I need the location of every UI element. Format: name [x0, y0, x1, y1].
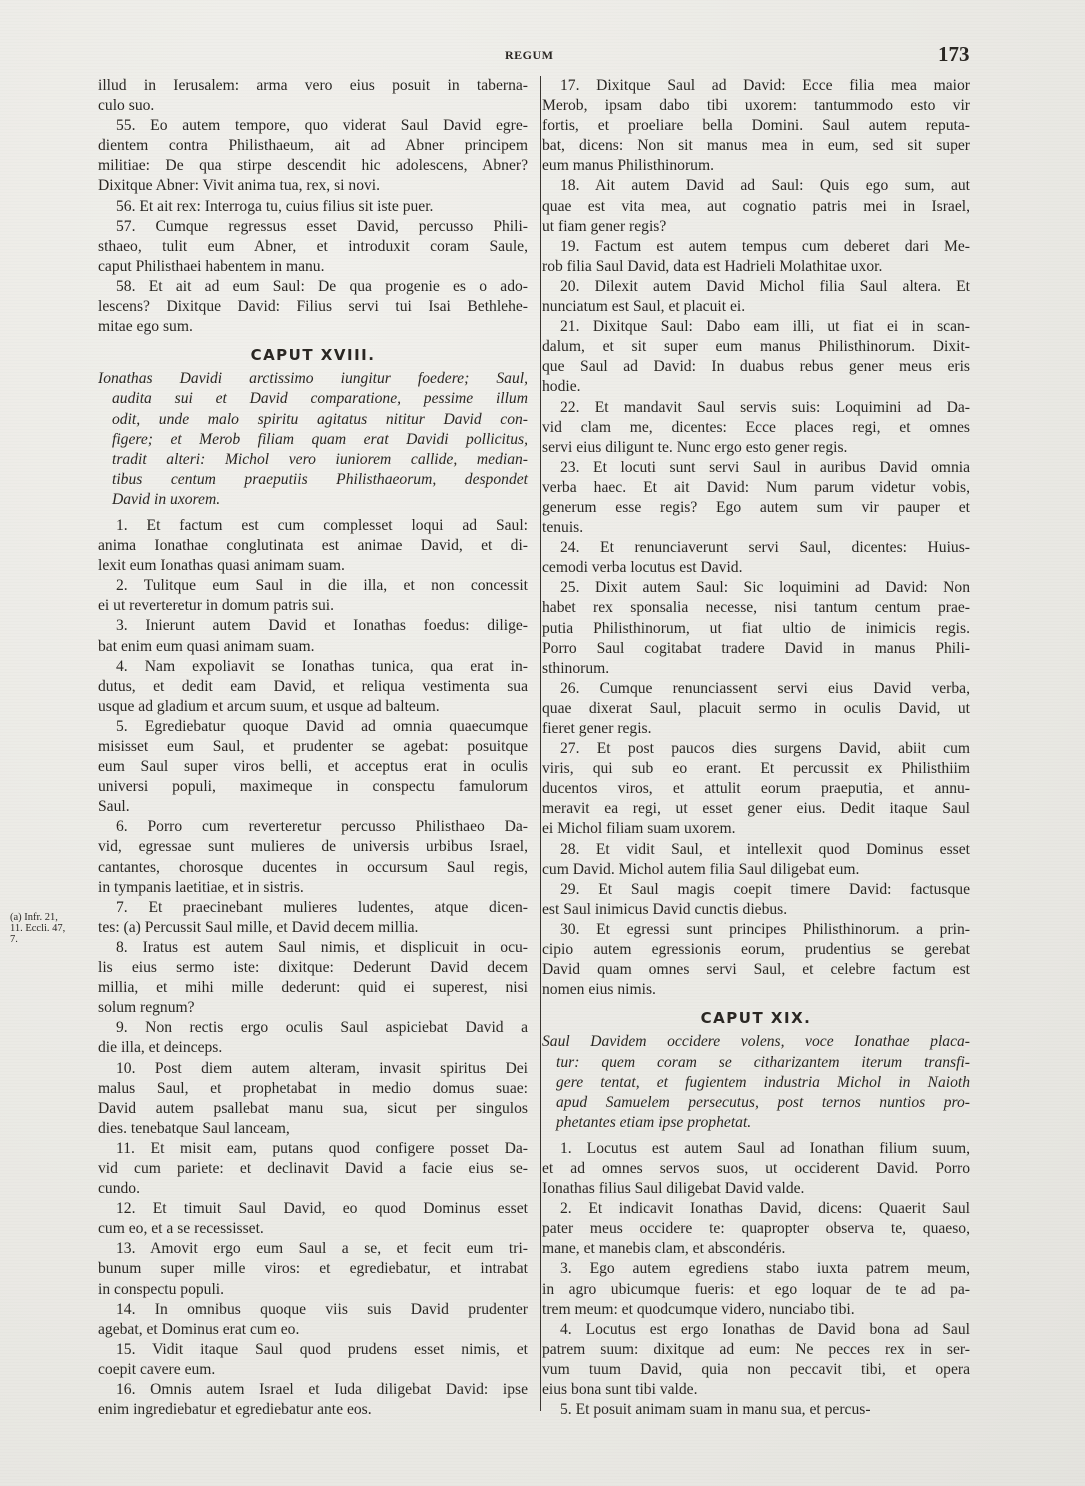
text-line: 58. Et ait ad eum Saul: De qua progenie …	[98, 277, 528, 297]
text-line: ducentos viros, et attulit eorum praeput…	[542, 779, 970, 799]
margin-reference-note: (a) Infr. 21, 11. Eccli. 47, 7.	[10, 912, 100, 945]
verse-block: 1. Et factum est cum complesset loqui ad…	[98, 516, 528, 1420]
text-line: caput Philisthaei habentem in manu.	[98, 257, 528, 277]
text-line: 2. Et indicavit Ionathas David, dicens: …	[542, 1199, 970, 1219]
text-line: quae est vita mea, aut cognatio patris m…	[542, 197, 970, 217]
summary-line: tur: quem coram se citharizantem iterum …	[542, 1053, 970, 1073]
summary-line: tradit alteri: Michol vero iuniorem call…	[98, 450, 528, 470]
text-line: 25. Dixit autem Saul: Sic loquimini ad D…	[542, 578, 970, 598]
text-line: que Saul ad David: In duabus rebus gener…	[542, 357, 970, 377]
text-line: 7. Et praecinebant mulieres ludentes, at…	[98, 898, 528, 918]
right-column: 17. Dixitque Saul ad David: Ecce filia m…	[542, 76, 970, 1420]
text-line: 2. Tulitque eum Saul in die illa, et non…	[98, 576, 528, 596]
text-line: 56. Et ait rex: Interroga tu, cuius fili…	[98, 197, 528, 217]
text-line: 9. Non rectis ergo oculis Saul aspicieba…	[98, 1018, 528, 1038]
text-line: ei Michol filiam suam uxorem.	[542, 819, 970, 839]
text-line: 24. Et renunciaverunt servi Saul, dicent…	[542, 538, 970, 558]
text-line: usque ad gladium et arcum suum, et usque…	[98, 697, 528, 717]
text-line: eius bona sunt tibi valde.	[542, 1380, 970, 1400]
summary-line: apud Samuelem persecutus, post ternos nu…	[542, 1093, 970, 1113]
text-line: servi eius diligunt te. Nunc ergo esto g…	[542, 438, 970, 458]
text-line: et ad omnes servos suos, ut occiderent D…	[542, 1159, 970, 1179]
text-line: mitae ego sum.	[98, 317, 528, 337]
text-line: 23. Et locuti sunt servi Saul in auribus…	[542, 458, 970, 478]
text-line: misisset eum Saul, et prudenter se ageba…	[98, 737, 528, 757]
text-line: enim ingrediebatur et egrediebatur ante …	[98, 1400, 528, 1420]
text-line: 4. Nam expoliavit se Ionathas tunica, qu…	[98, 657, 528, 677]
text-line: est Saul inimicus David cunctis diebus.	[542, 900, 970, 920]
text-line: 1. Locutus est autem Saul ad Ionathan fi…	[542, 1139, 970, 1159]
margin-note-line: 11. Eccli. 47,	[10, 923, 100, 934]
text-line: lis eius sermo iste: dixitque: Dederunt …	[98, 958, 528, 978]
text-line: 1. Et factum est cum complesset loqui ad…	[98, 516, 528, 536]
text-line: pater meus occidere te: quapropter obser…	[542, 1219, 970, 1239]
text-line: vum tuum David, quia non peccavit tibi, …	[542, 1360, 970, 1380]
text-line: tes: (a) Percussit Saul mille, et David …	[98, 918, 528, 938]
text-block-before-caput-xviii: illud in Ierusalem: arma vero eius posui…	[98, 76, 528, 337]
text-line: David autem psallebat manu sua, sicut pe…	[98, 1099, 528, 1119]
summary-line: Saul Davidem occidere volens, voce Ionat…	[542, 1032, 970, 1052]
text-line: millia, et mihi mille dederunt: quid ei …	[98, 978, 528, 998]
text-line: putia Philisthinorum, ut fiat ultio de i…	[542, 619, 970, 639]
text-line: eum manus Philisthinorum.	[542, 156, 970, 176]
text-line: trem meum: et quodcumque videro, nunciab…	[542, 1300, 970, 1320]
text-line: 13. Amovit ergo eum Saul a se, et fecit …	[98, 1239, 528, 1259]
text-line: ut fiam gener regis?	[542, 217, 970, 237]
text-line: 16. Omnis autem Israel et Iuda diligebat…	[98, 1380, 528, 1400]
text-line: 4. Locutus est ergo Ionathas de David bo…	[542, 1320, 970, 1340]
text-line: Dixitque Abner: Vivit anima tua, rex, si…	[98, 176, 528, 196]
text-line: fieret gener regis.	[542, 719, 970, 739]
text-line: sthaeo, tulit eum Abner, et introduxit c…	[98, 237, 528, 257]
text-line: cundo.	[98, 1179, 528, 1199]
caput-heading: CAPUT XVIII.	[98, 345, 528, 365]
text-line: vid cum pariete: et declinavit David a f…	[98, 1159, 528, 1179]
text-line: 14. In omnibus quoque viis suis David pr…	[98, 1300, 528, 1320]
text-line: sthinorum.	[542, 659, 970, 679]
text-line: fortis, et proeliare bella Domini. Saul …	[542, 116, 970, 136]
text-line: quae dixerat Saul, placuit sermo in ocul…	[542, 699, 970, 719]
text-line: tenuis.	[542, 518, 970, 538]
text-line: nomen eius nimis.	[542, 980, 970, 1000]
summary-line: odit, unde malo spiritu agitatus nititur…	[98, 410, 528, 430]
text-line: nunciatum est Saul, et placuit ei.	[542, 297, 970, 317]
text-line: David quam omnes servi Saul, et celebre …	[542, 960, 970, 980]
text-line: viris, qui sub eo erant. Et percussit ex…	[542, 759, 970, 779]
text-line: 57. Cumque regressus esset David, percus…	[98, 217, 528, 237]
text-line: dutus, et dedit eam David, et reliqua ve…	[98, 677, 528, 697]
text-line: in tympanis laetitiae, et in sistris.	[98, 878, 528, 898]
text-line: 21. Dixitque Saul: Dabo eam illi, ut fia…	[542, 317, 970, 337]
text-line: vid clam me, dicentes: Ecce places regi,…	[542, 418, 970, 438]
text-line: coepit cavere eum.	[98, 1360, 528, 1380]
text-line: 10. Post diem autem alteram, invasit spi…	[98, 1059, 528, 1079]
text-line: vid, egressae sunt mulieres de universis…	[98, 837, 528, 857]
text-line: patrem suum: dixitque ad eum: Ne pecces …	[542, 1340, 970, 1360]
text-line: 15. Vidit itaque Saul quod prudens esset…	[98, 1340, 528, 1360]
text-line: 5. Et posuit animam suam in manu sua, et…	[542, 1400, 970, 1420]
text-line: 22. Et mandavit Saul servis suis: Loquim…	[542, 398, 970, 418]
text-line: 29. Et Saul magis coepit timere David: f…	[542, 880, 970, 900]
text-line: universi populi, maximeque in conspectu …	[98, 777, 528, 797]
text-line: verba haec. Et ait David: Num parum vide…	[542, 478, 970, 498]
text-line: 11. Et misit eam, putans quod configere …	[98, 1139, 528, 1159]
text-line: Merob, ipsam dabo tibi uxorem: tantummod…	[542, 96, 970, 116]
text-line: ei ut reverteretur in domum patris sui.	[98, 596, 528, 616]
text-line: eum Saul super viros belli, et acceptus …	[98, 757, 528, 777]
margin-note-line: 7.	[10, 934, 100, 945]
text-line: 28. Et vidit Saul, et intellexit quod Do…	[542, 840, 970, 860]
text-line: solum regnum?	[98, 998, 528, 1018]
text-block-before-caput-xix: 17. Dixitque Saul ad David: Ecce filia m…	[542, 76, 970, 1000]
text-line: anima Ionathae conglutinata est animae D…	[98, 536, 528, 556]
text-line: lexit eum Ionathas quasi animam suam.	[98, 556, 528, 576]
text-line: militiae: De qua stirpe descendit hic ad…	[98, 156, 528, 176]
text-line: 3. Inierunt autem David et Ionathas foed…	[98, 616, 528, 636]
text-line: dientem contra Philisthaeum, ait ad Abne…	[98, 136, 528, 156]
summary-line: phetantes etiam ipse prophetat.	[542, 1113, 970, 1133]
summary-line: gere tentat, et fugientem industria Mich…	[542, 1073, 970, 1093]
verse-block: 1. Locutus est autem Saul ad Ionathan fi…	[542, 1139, 970, 1420]
text-line: cantantes, chorosque ducentes in occursu…	[98, 858, 528, 878]
running-head: REGUM	[505, 48, 554, 63]
text-line: 20. Dilexit autem David Michol filia Sau…	[542, 277, 970, 297]
text-line: cum eo, et a se recessisset.	[98, 1219, 528, 1239]
text-line: die illa, et deinceps.	[98, 1038, 528, 1058]
text-line: agebat, et Dominus erat cum eo.	[98, 1320, 528, 1340]
text-line: in agro ubicumque fueris: et ego loquar …	[542, 1280, 970, 1300]
caput-heading: CAPUT XIX.	[542, 1008, 970, 1028]
text-line: culo suo.	[98, 96, 528, 116]
text-line: 30. Et egressi sunt principes Philisthin…	[542, 920, 970, 940]
column-divider	[540, 76, 541, 1411]
summary-line: audita sui et David comparatione, pessim…	[98, 389, 528, 409]
text-line: bat enim eum quasi animam suam.	[98, 637, 528, 657]
text-line: 17. Dixitque Saul ad David: Ecce filia m…	[542, 76, 970, 96]
text-line: cum David. Michol autem filia Saul dilig…	[542, 860, 970, 880]
text-line: rob filia Saul David, data est Hadrieli …	[542, 257, 970, 277]
text-line: in conspectu populi.	[98, 1280, 528, 1300]
summary-line: figere; et Merob filiam quam erat Davidi…	[98, 430, 528, 450]
text-line: 6. Porro cum reverteretur percusso Phili…	[98, 817, 528, 837]
text-line: 12. Et timuit Saul David, eo quod Dominu…	[98, 1199, 528, 1219]
text-line: dies. tenebatque Saul lanceam,	[98, 1119, 528, 1139]
chapter-summary: Ionathas Davidi arctissimo iungitur foed…	[98, 369, 528, 510]
text-line: mane, et manebis clam, et abscondéris.	[542, 1239, 970, 1259]
text-line: Porro Saul cogitabat tradere David in ma…	[542, 639, 970, 659]
text-line: 55. Eo autem tempore, quo viderat Saul D…	[98, 116, 528, 136]
text-line: dalum, et sit super eum manus Philisthin…	[542, 337, 970, 357]
text-line: lescens? Dixitque David: Filius servi tu…	[98, 297, 528, 317]
text-line: 3. Ego autem egrediens stabo iuxta patre…	[542, 1259, 970, 1279]
margin-note-line: (a) Infr. 21,	[10, 912, 100, 923]
text-line: illud in Ierusalem: arma vero eius posui…	[98, 76, 528, 96]
text-line: 26. Cumque renunciassent servi eius Davi…	[542, 679, 970, 699]
page-number: 173	[938, 42, 970, 67]
chapter-summary: Saul Davidem occidere volens, voce Ionat…	[542, 1032, 970, 1132]
text-line: 8. Iratus est autem Saul nimis, et displ…	[98, 938, 528, 958]
text-line: 18. Ait autem David ad Saul: Quis ego su…	[542, 176, 970, 196]
text-line: Ionathas filius Saul diligebat David val…	[542, 1179, 970, 1199]
text-line: generum esse regis? Ego autem sum vir pa…	[542, 498, 970, 518]
text-line: cemodi verba locutus est David.	[542, 558, 970, 578]
left-column: illud in Ierusalem: arma vero eius posui…	[98, 76, 528, 1420]
summary-line: tibus centum praeputiis Philisthaeorum, …	[98, 470, 528, 490]
text-line: habet rex sponsalia necesse, nisi tantum…	[542, 598, 970, 618]
text-line: bunum super mille viros: et egrediebatur…	[98, 1259, 528, 1279]
text-line: meravit ea regi, ut esset gener eius. De…	[542, 799, 970, 819]
text-line: bat, dicens: Non sit manus mea in eum, s…	[542, 136, 970, 156]
summary-line: Ionathas Davidi arctissimo iungitur foed…	[98, 369, 528, 389]
text-line: cipio autem egressionis eorum, prudentiu…	[542, 940, 970, 960]
text-line: hodie.	[542, 377, 970, 397]
text-line: 19. Factum est autem tempus cum deberet …	[542, 237, 970, 257]
text-line: 5. Egrediebatur quoque David ad omnia qu…	[98, 717, 528, 737]
text-line: malus Saul, et prophetabat in medio domu…	[98, 1079, 528, 1099]
text-line: Saul.	[98, 797, 528, 817]
summary-line: David in uxorem.	[98, 490, 528, 510]
text-line: 27. Et post paucos dies surgens David, a…	[542, 739, 970, 759]
